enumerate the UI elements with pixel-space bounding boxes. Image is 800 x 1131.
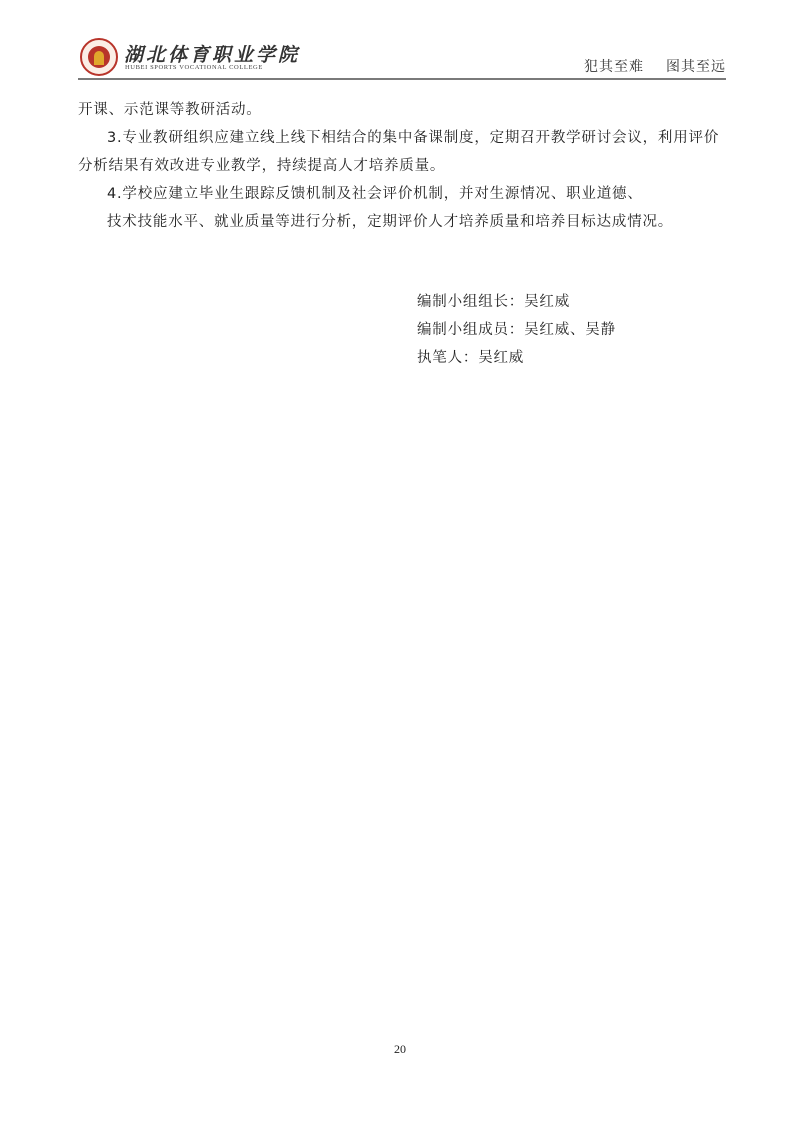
motto: 犯其至难图其至远 xyxy=(584,56,726,76)
paragraph-continuation: 开课、示范课等教研活动。 xyxy=(78,96,726,124)
page-header: 湖北体育职业学院 HUBEI SPORTS VOCATIONAL COLLEGE… xyxy=(78,36,726,80)
paragraph-item-4-cont: 技术技能水平、就业质量等进行分析，定期评价人才培养质量和培养目标达成情况。 xyxy=(78,208,726,236)
paragraph-item-4: 4.学校应建立毕业生跟踪反馈机制及社会评价机制，并对生源情况、职业道德、 xyxy=(78,180,726,208)
document-body: 开课、示范课等教研活动。 3.专业教研组织应建立线上线下相结合的集中备课制度，定… xyxy=(78,96,726,236)
page-number: 20 xyxy=(0,1042,800,1057)
credits-block: 编制小组组长：吴红威 编制小组成员：吴红威、吴静 执笔人：吴红威 xyxy=(417,288,616,372)
credit-writer: 执笔人：吴红威 xyxy=(417,344,616,372)
paragraph-item-3: 3.专业教研组织应建立线上线下相结合的集中备课制度，定期召开教学研讨会议，利用评… xyxy=(78,124,726,180)
motto-part-1: 犯其至难 xyxy=(584,59,644,75)
college-name-cn: 湖北体育职业学院 xyxy=(124,40,300,67)
college-name-en: HUBEI SPORTS VOCATIONAL COLLEGE xyxy=(125,64,263,71)
header-divider xyxy=(78,78,726,80)
college-logo-icon xyxy=(80,38,118,76)
credit-leader: 编制小组组长：吴红威 xyxy=(417,288,616,316)
credit-members: 编制小组成员：吴红威、吴静 xyxy=(417,316,616,344)
motto-part-2: 图其至远 xyxy=(666,59,726,75)
